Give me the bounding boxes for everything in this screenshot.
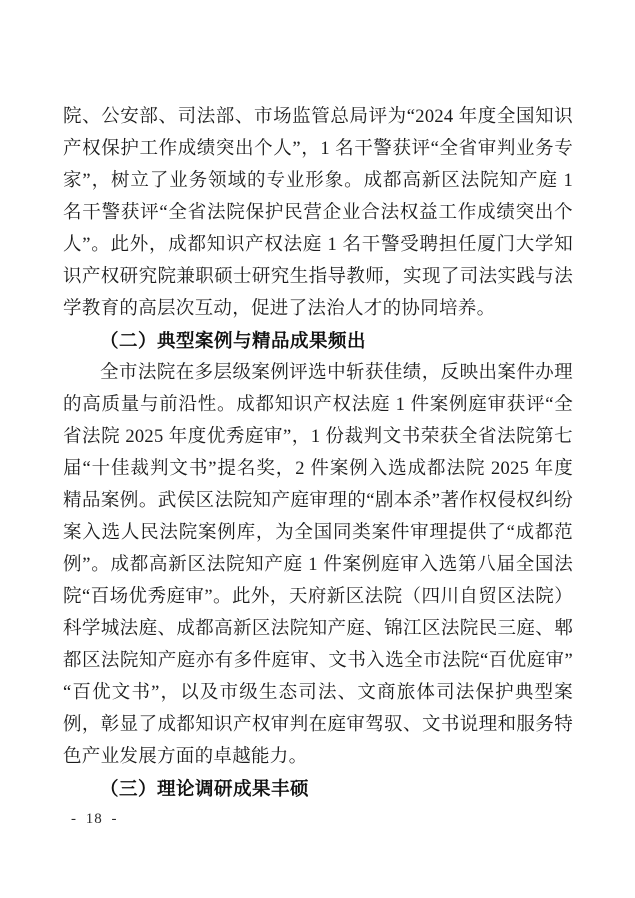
paragraph-section-2: 全市法院在多层级案例评选中斩获佳绩，反映出案件办理的高质量与前沿性。成都知识产权… [63,357,573,773]
section-heading-2: （二）典型案例与精品成果频出 [63,325,573,357]
paragraph-continuation: 院、公安部、司法部、市场监管总局评为“2024 年度全国知识产权保护工作成绩突出… [63,101,573,325]
page-number: - 18 - [71,808,118,830]
document-page: 院、公安部、司法部、市场监管总局评为“2024 年度全国知识产权保护工作成绩突出… [0,0,635,898]
section-heading-3: （三）理论调研成果丰硕 [63,773,573,805]
document-body: 院、公安部、司法部、市场监管总局评为“2024 年度全国知识产权保护工作成绩突出… [63,101,573,805]
